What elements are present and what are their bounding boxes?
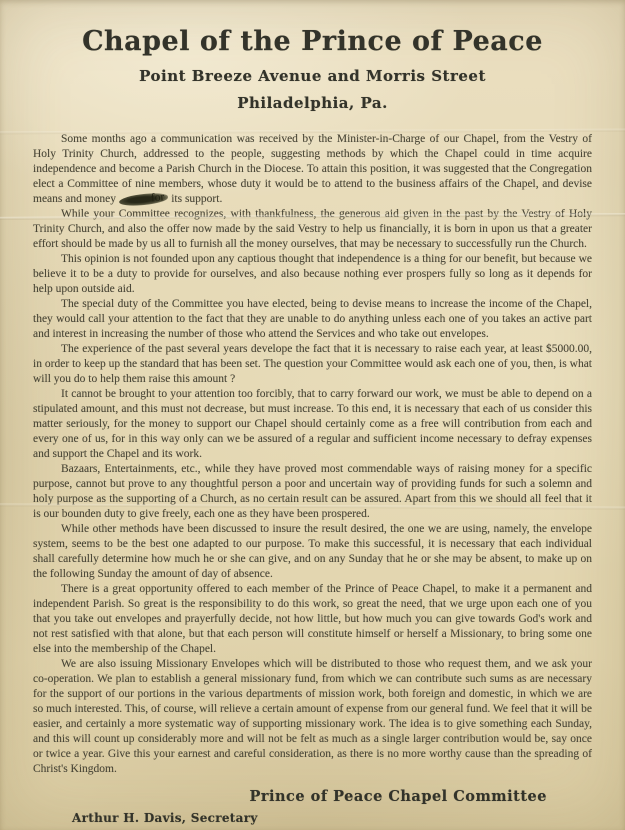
paragraph-stipulated-amount: It cannot be brought to your attention t… xyxy=(33,387,592,462)
paragraph-communication-received: Some months ago a communication was rece… xyxy=(33,132,592,207)
paragraph-special-duty: The special duty of the Committee you ha… xyxy=(33,297,592,342)
paragraph-text: Some months ago a communication was rece… xyxy=(33,133,592,205)
address-line-street: Point Breeze Avenue and Morris Street xyxy=(0,67,625,85)
signature-block: Prince of Peace Chapel Committee Arthur … xyxy=(0,788,625,825)
paragraph-experience-5000: The experience of the past several years… xyxy=(33,342,592,387)
paragraph-great-opportunity: There is a great opportunity offered to … xyxy=(33,582,592,657)
page-title: Chapel of the Prince of Peace xyxy=(0,27,625,57)
paragraph-envelope-system: While other methods have been discussed … xyxy=(33,522,592,582)
paragraph-text: its support. xyxy=(168,193,222,205)
scanned-letter-page: Chapel of the Prince of Peace Point Bree… xyxy=(0,0,625,830)
ink-smudge: for xyxy=(119,192,169,207)
paragraph-opinion-not-captious: This opinion is not founded upon any cap… xyxy=(33,252,592,297)
letter-body: Some months ago a communication was rece… xyxy=(33,132,592,777)
paragraph-missionary-envelopes: We are also issuing Missionary Envelopes… xyxy=(33,657,592,777)
letterhead: Chapel of the Prince of Peace Point Bree… xyxy=(0,0,625,112)
address-line-city: Philadelphia, Pa. xyxy=(0,94,625,112)
paragraph-bazaars: Bazaars, Entertainments, etc., while the… xyxy=(33,462,592,522)
paragraph-committee-recognizes: While your Committee recognizes, with th… xyxy=(33,207,592,252)
committee-signature: Prince of Peace Chapel Committee xyxy=(0,788,625,805)
secretary-signature: Arthur H. Davis, Secretary xyxy=(0,811,625,825)
